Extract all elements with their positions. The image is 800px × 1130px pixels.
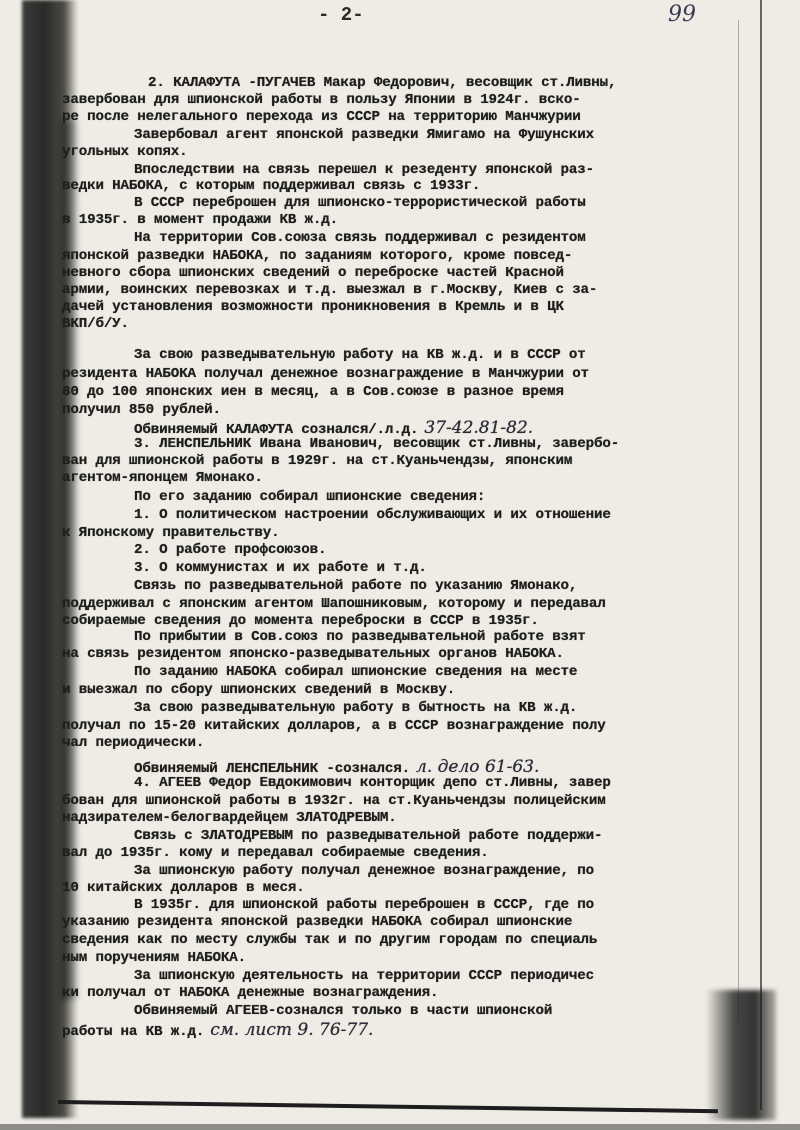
typed-text: агентом-японцем Ямонако. <box>62 470 263 486</box>
typed-text: чал периодически. <box>62 735 204 751</box>
typed-text: указанию резидента японской разведки НАБ… <box>62 914 572 930</box>
text-line: В СССР переброшен для шпионско-террорист… <box>134 195 586 211</box>
text-line: По заданию НАБОКА собирал шпионские свед… <box>134 664 577 680</box>
text-line: На территории Сов.союза связь поддержива… <box>134 230 586 246</box>
text-line: вал до 1935г. кому и передавал собираемы… <box>62 845 489 861</box>
typed-text: По прибытии в Сов.союз по разведывательн… <box>134 629 586 645</box>
typed-text: По заданию НАБОКА собирал шпионские свед… <box>134 664 577 680</box>
text-line: японской разведки НАБОКА, по заданиям ко… <box>62 248 572 264</box>
typed-text: За свою разведывательную работу на КВ ж.… <box>134 347 586 363</box>
typed-text: На территории Сов.союза связь поддержива… <box>134 230 586 246</box>
typed-text: надзирателем-белогвардейцем ЗЛАТОДРЕВЫМ. <box>62 810 397 826</box>
text-line: завербован для шпионской работы в пользу… <box>62 92 581 108</box>
scan-bottom-strip <box>0 1124 800 1130</box>
text-line: ведки НАБОКА, с которым поддерживал связ… <box>62 178 480 194</box>
typed-text: получал по 15-20 китайских долларов, а в… <box>62 718 606 734</box>
typed-text: Завербовал агент японской разведки Ямига… <box>134 127 594 143</box>
typed-text: сведения как по месту службы так и по др… <box>62 932 597 948</box>
text-line: 10 китайских долларов в меся. <box>62 880 305 896</box>
text-line: 2. КАЛАФУТА -ПУГАЧЕВ Макар Федорович, ве… <box>148 75 616 91</box>
document-page: - 2- 99 2. КАЛАФУТА -ПУГАЧЕВ Макар Федор… <box>0 0 800 1130</box>
typed-text: работы на КВ ж.д. <box>62 1024 204 1040</box>
typed-text: 10 китайских долларов в меся. <box>62 880 305 896</box>
text-line: За свою разведывательную работу на КВ ж.… <box>134 347 586 363</box>
text-line: поддерживал с японским агентом Шапошнико… <box>62 596 606 612</box>
text-line: резидента НАБОКА получал денежное вознаг… <box>62 366 589 382</box>
typed-text: невного сбора шпионских сведений о переб… <box>62 265 564 281</box>
text-line: невного сбора шпионских сведений о переб… <box>62 265 564 281</box>
typed-text: 80 до 100 японских иен в месяц, а в Сов.… <box>62 384 564 400</box>
text-line: Обвиняемый ЛЕНСПЕЛЬНИК -сознался.л. дело… <box>134 757 539 777</box>
typed-text: По его заданию собирал шпионские сведени… <box>134 489 485 505</box>
text-line: 80 до 100 японских иен в месяц, а в Сов.… <box>62 384 564 400</box>
text-line: Обвиняемый АГЕЕВ-сознался только в части… <box>134 1003 552 1019</box>
page-number: - 2- <box>318 4 364 26</box>
typed-text: В 1935г. для шпионской работы переброшен… <box>134 897 594 913</box>
text-line: 1. О политическом настроении обслуживающ… <box>134 507 611 523</box>
typed-text: резидента НАБОКА получал денежное вознаг… <box>62 366 589 382</box>
scan-bottom-edge <box>58 1100 718 1113</box>
text-line: получил 850 рублей. <box>62 402 221 418</box>
typed-text: 1. О политическом настроении обслуживающ… <box>134 507 611 523</box>
text-line: работы на КВ ж.д.см. лист 9. 76-77. <box>62 1020 373 1040</box>
typed-text: получил 850 рублей. <box>62 402 221 418</box>
typed-text: ным поручениям НАБОКА. <box>62 950 246 966</box>
handwritten-reference: см. лист 9. 76-77. <box>210 1020 373 1040</box>
text-line: 2. О работе профсоюзов. <box>134 542 326 558</box>
typed-text: в 1935г. в момент продажи КВ ж.д. <box>62 212 338 228</box>
typed-text: За шпионскую работу получал денежное воз… <box>134 863 594 879</box>
typed-text: и выезжал по сбору шпионских сведений в … <box>62 682 455 698</box>
typed-text: ван для шпионской работы в 1929г. на ст.… <box>62 453 572 469</box>
typed-text: За шпионскую деятельность на территории … <box>134 968 594 984</box>
typed-text: японской разведки НАБОКА, по заданиям ко… <box>62 248 572 264</box>
text-line: угольных копях. <box>62 144 187 160</box>
text-line: По его заданию собирал шпионские сведени… <box>134 489 485 505</box>
text-line: дачей установления возможности проникнов… <box>62 299 564 315</box>
typed-text: Связь по разведывательной работе по указ… <box>134 578 577 594</box>
typed-text: угольных копях. <box>62 144 187 160</box>
text-line: Связь с ЗЛАТОДРЕВЫМ по разведывательной … <box>134 828 602 844</box>
text-line: армии, воинских перевозках и т.д. выезжа… <box>62 282 597 298</box>
scan-edge-shadow-right <box>706 990 776 1120</box>
typed-text: вал до 1935г. кому и передавал собираемы… <box>62 845 489 861</box>
text-line: За шпионскую деятельность на территории … <box>134 968 594 984</box>
scan-edge-line-right-inner <box>738 20 739 1020</box>
text-line: 3. ЛЕНСПЕЛЬНИК Ивана Иванович, весовщик … <box>134 436 619 452</box>
text-line: За свою разведывательную работу в бытнос… <box>134 700 577 716</box>
text-line: в 1935г. в момент продажи КВ ж.д. <box>62 212 338 228</box>
text-line: бован для шпионской работы в 1932г. на с… <box>62 793 606 809</box>
text-line: и выезжал по сбору шпионских сведений в … <box>62 682 455 698</box>
text-line: сведения как по месту службы так и по др… <box>62 932 597 948</box>
handwritten-reference: л. дело 61-63. <box>416 757 539 777</box>
typed-text: к Японскому правительству. <box>62 525 279 541</box>
text-line: По прибытии в Сов.союз по разведывательн… <box>134 629 586 645</box>
text-line: собираемые сведения до момента переброск… <box>62 613 539 629</box>
typed-text: собираемые сведения до момента переброск… <box>62 613 539 629</box>
typed-text: 3. О коммунистах и их работе и т.д. <box>134 560 427 576</box>
typed-text: Впоследствии на связь перешел к резедент… <box>134 162 594 178</box>
text-line: 3. О коммунистах и их работе и т.д. <box>134 560 427 576</box>
text-line: Обвиняемый КАЛАФУТА сознался/.л.д.37-42.… <box>134 418 533 438</box>
typed-text: ВКП/б/У. <box>62 316 129 332</box>
typed-text: ки получал от НАБОКА денежные вознагражд… <box>62 985 438 1001</box>
typed-text: 2. О работе профсоюзов. <box>134 542 326 558</box>
typed-text: ведки НАБОКА, с которым поддерживал связ… <box>62 178 480 194</box>
text-line: 4. АГЕЕВ Федор Евдокимович конторщик деп… <box>134 775 611 791</box>
text-line: Впоследствии на связь перешел к резедент… <box>134 162 594 178</box>
text-line: ВКП/б/У. <box>62 316 129 332</box>
text-line: ным поручениям НАБОКА. <box>62 950 246 966</box>
text-line: к Японскому правительству. <box>62 525 279 541</box>
archive-sheet-number: 99 <box>668 2 696 27</box>
typed-text: завербован для шпионской работы в пользу… <box>62 92 581 108</box>
typed-text: поддерживал с японским агентом Шапошнико… <box>62 596 606 612</box>
typed-text: армии, воинских перевозках и т.д. выезжа… <box>62 282 597 298</box>
typed-text: 3. ЛЕНСПЕЛЬНИК Ивана Иванович, весовщик … <box>134 436 619 452</box>
typed-text: на связь резидентом японско-разведывател… <box>62 646 564 662</box>
text-line: За шпионскую работу получал денежное воз… <box>134 863 594 879</box>
typed-text: В СССР переброшен для шпионско-террорист… <box>134 195 586 211</box>
handwritten-reference: 37-42.81-82. <box>424 418 533 438</box>
text-line: указанию резидента японской разведки НАБ… <box>62 914 572 930</box>
text-line: получал по 15-20 китайских долларов, а в… <box>62 718 606 734</box>
typed-text: ре после нелегального перехода из СССР н… <box>62 109 581 125</box>
typed-text: 4. АГЕЕВ Федор Евдокимович конторщик деп… <box>134 775 611 791</box>
text-line: Связь по разведывательной работе по указ… <box>134 578 577 594</box>
typed-text: Связь с ЗЛАТОДРЕВЫМ по разведывательной … <box>134 828 602 844</box>
text-line: В 1935г. для шпионской работы переброшен… <box>134 897 594 913</box>
text-line: ки получал от НАБОКА денежные вознагражд… <box>62 985 438 1001</box>
text-line: ре после нелегального перехода из СССР н… <box>62 109 581 125</box>
text-line: надзирателем-белогвардейцем ЗЛАТОДРЕВЫМ. <box>62 810 397 826</box>
text-line: чал периодически. <box>62 735 204 751</box>
typed-text: Обвиняемый АГЕЕВ-сознался только в части… <box>134 1003 552 1019</box>
text-line: на связь резидентом японско-разведывател… <box>62 646 564 662</box>
scan-edge-line-right <box>760 0 762 1110</box>
typed-text: бован для шпионской работы в 1932г. на с… <box>62 793 606 809</box>
text-line: ван для шпионской работы в 1929г. на ст.… <box>62 453 572 469</box>
text-line: агентом-японцем Ямонако. <box>62 470 263 486</box>
typed-text: За свою разведывательную работу в бытнос… <box>134 700 577 716</box>
text-line: Завербовал агент японской разведки Ямига… <box>134 127 594 143</box>
typed-text: 2. КАЛАФУТА -ПУГАЧЕВ Макар Федорович, ве… <box>148 75 616 91</box>
typed-text: дачей установления возможности проникнов… <box>62 299 564 315</box>
